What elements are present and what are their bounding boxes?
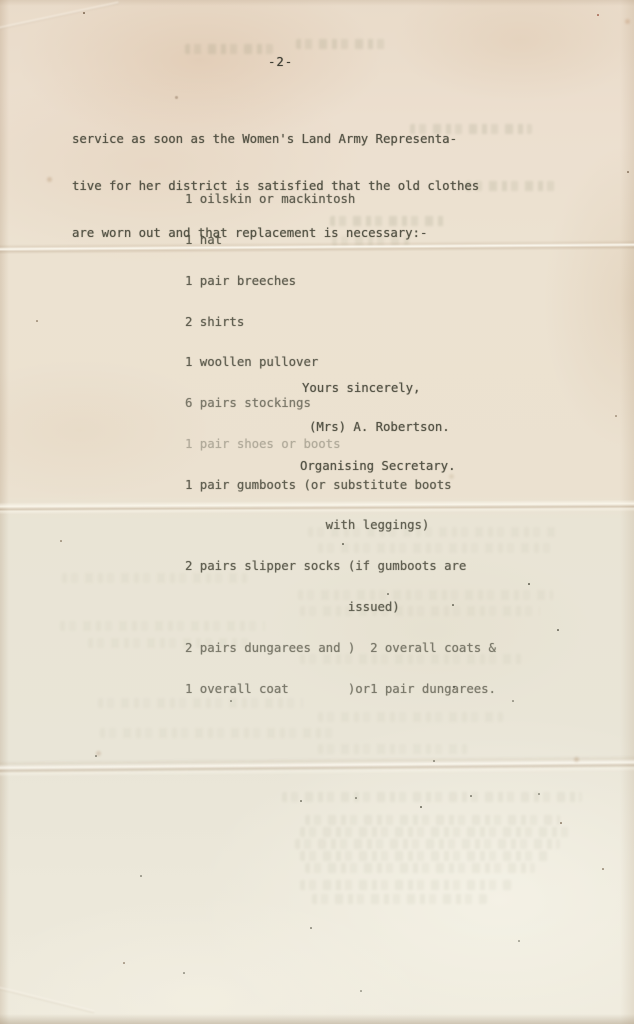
signature-title: Organising Secretary.	[300, 459, 455, 473]
bleed-through-text	[300, 851, 550, 861]
bleed-through-text	[300, 880, 515, 890]
clothing-list: 1 oilskin or mackintosh 1 hat 1 pair bre…	[185, 166, 496, 723]
bleed-through-text	[305, 815, 560, 825]
bleed-through-text	[312, 894, 487, 904]
bleed-through-text	[100, 728, 335, 738]
clothing-list-item: 2 pairs slipper socks (if gumboots are	[185, 560, 496, 574]
fold-crease	[0, 755, 634, 777]
clothing-list-item: 2 shirts	[185, 316, 496, 330]
clothing-list-item: with leggings)	[185, 519, 496, 533]
letter-page: -2- service as soon as the Women's Land …	[0, 0, 634, 1024]
clothing-list-item: 1 pair gumboots (or substitute boots	[185, 479, 496, 493]
bleed-through-text	[318, 744, 468, 754]
clothing-list-item: 1 oilskin or mackintosh	[185, 193, 496, 207]
corner-crease	[0, 1, 119, 33]
bleed-through-text	[296, 39, 386, 49]
clothing-list-item: 6 pairs stockings	[185, 397, 496, 411]
foxing-specks	[0, 0, 2, 2]
clothing-list-item: 1 woollen pullover	[185, 356, 496, 370]
bleed-through-text	[295, 839, 560, 849]
bleed-through-text	[282, 792, 582, 802]
clothing-list-item: 1 pair breeches	[185, 275, 496, 289]
bleed-through-text	[185, 44, 273, 54]
clothing-list-item: issued)	[185, 601, 496, 615]
clothing-list-item: 2 pairs dungarees and ) 2 overall coats …	[185, 642, 496, 656]
signature-name: (Mrs) A. Robertson.	[309, 420, 450, 434]
page-number: -2-	[268, 55, 293, 69]
clothing-list-item: 1 overall coat )or1 pair dungarees.	[185, 683, 496, 697]
closing-salutation: Yours sincerely,	[302, 381, 420, 395]
bleed-through-text	[300, 827, 570, 837]
paragraph-line: service as soon as the Women's Land Army…	[72, 132, 479, 148]
clothing-list-item: 1 pair shoes or boots	[185, 438, 496, 452]
bleed-through-text	[305, 863, 535, 873]
corner-crease	[0, 982, 95, 1014]
foxing-spots	[0, 0, 3, 3]
clothing-list-item: 1 hat	[185, 234, 496, 248]
